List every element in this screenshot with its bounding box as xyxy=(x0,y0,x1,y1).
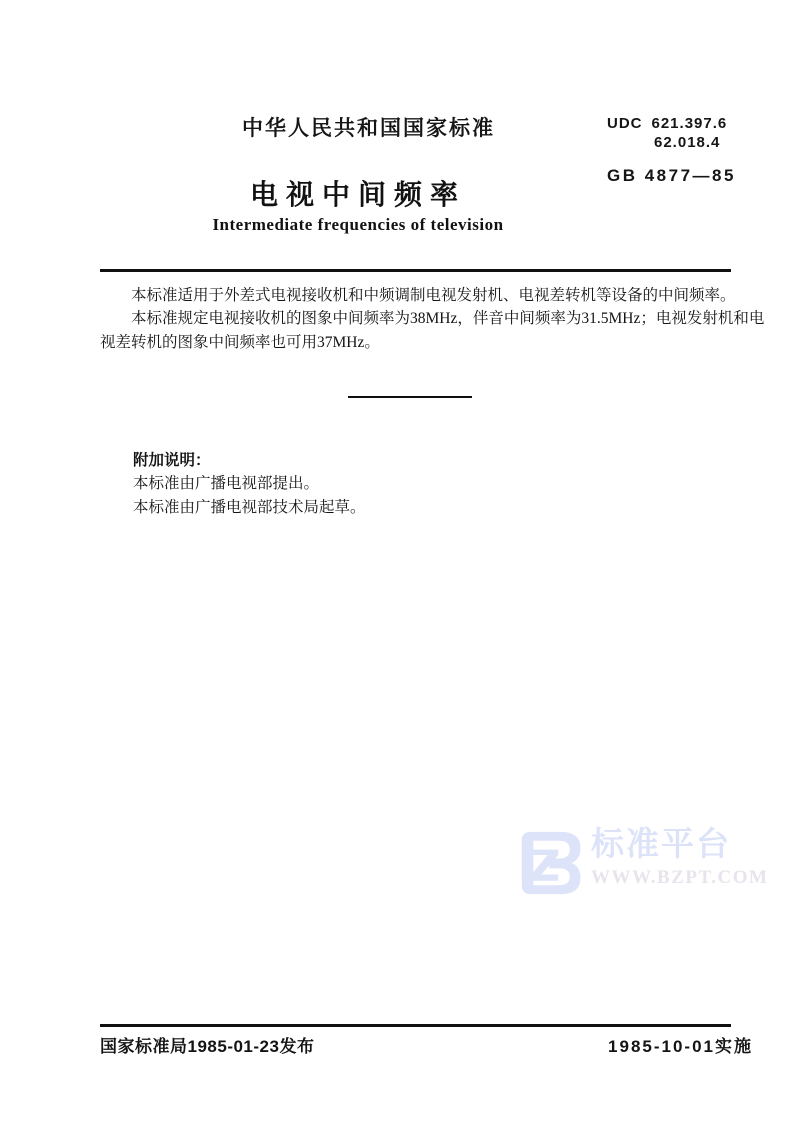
scope-line: 视差转机的图象中间频率也可用37MHz。 xyxy=(100,331,716,354)
watermark-url: WWW.BZPT.COM xyxy=(591,867,768,889)
udc-code-2: 62.018.4 xyxy=(654,133,727,152)
issue-date: 国家标准局1985-01-23发布 xyxy=(100,1032,314,1057)
udc-classification: UDC621.397.6 62.018.4 xyxy=(607,114,727,152)
effective-date: 1985-10-01实施 xyxy=(608,1032,753,1057)
document-title-en: Intermediate frequencies of television xyxy=(0,215,716,235)
section-divider xyxy=(348,396,472,398)
scope-line: 本标准规定电视接收机的图象中间频率为38MHz，伴音中间频率为31.5MHz；电… xyxy=(100,307,716,330)
additional-notes: 附加说明： 本标准由广播电视部提出。 本标准由广播电视部技术局起草。 xyxy=(133,449,366,519)
note-item: 本标准由广播电视部提出。 xyxy=(133,472,366,495)
bzpt-logo-icon xyxy=(520,824,584,903)
note-item: 本标准由广播电视部技术局起草。 xyxy=(133,496,366,519)
notes-heading: 附加说明： xyxy=(133,449,366,472)
scope-line: 本标准适用于外差式电视接收机和中频调制电视发射机、电视差转机等设备的中间频率。 xyxy=(100,284,716,307)
udc-label: UDC xyxy=(607,115,643,132)
standard-document-page: 中华人民共和国国家标准 UDC621.397.6 62.018.4 GB 487… xyxy=(0,0,800,1133)
watermark: 标准平台 WWW.BZPT.COM xyxy=(520,824,768,903)
document-title-cn: 电视中间频率 xyxy=(0,173,716,213)
udc-code-1: 621.397.6 xyxy=(652,115,728,132)
footer-rule xyxy=(100,1024,731,1027)
watermark-name: 标准平台 xyxy=(591,824,768,864)
scope-paragraph: 本标准适用于外差式电视接收机和中频调制电视发射机、电视差转机等设备的中间频率。 … xyxy=(100,284,716,354)
header-rule xyxy=(100,269,731,272)
national-standard-label: 中华人民共和国国家标准 xyxy=(242,112,495,142)
